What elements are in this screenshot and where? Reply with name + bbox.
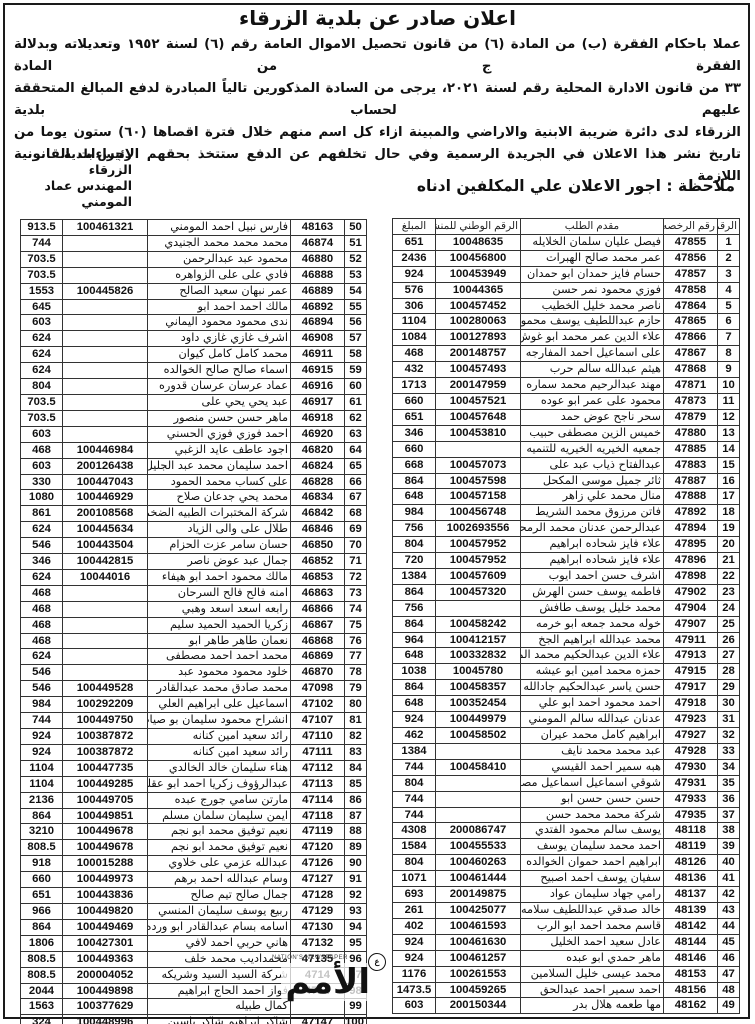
row-index: 91 [345,872,367,888]
row-index: 3 [718,266,740,282]
applicant-name: اسماء صالح صالح الخوالده [148,363,291,379]
national-id [63,331,148,347]
row-index: 66 [345,474,367,490]
amount: 924 [21,729,63,745]
row-index: 88 [345,824,367,840]
license-number: 46911 [291,347,345,363]
amount: 624 [21,569,63,585]
applicant-name: فوزي محمود نمر حسن [521,282,664,298]
applicant-name: عبدالفتاح ذياب عبد على [521,457,664,473]
license-number: 46868 [291,633,345,649]
table-row: 4648146ماهر حمدي ابو عبده100461257924 [393,950,740,966]
applicant-name: نعيم توفيق محمد ابو نجم [148,824,291,840]
national-id: 200126438 [63,458,148,474]
national-id: 100456748 [436,505,521,521]
table-row: 8247110رائد سعيد امين كنانه100387872924 [21,729,367,745]
amount: 864 [393,473,436,489]
national-id: 10044016 [63,569,148,585]
license-number: 47098 [291,681,345,697]
amount: 703.5 [21,267,63,283]
national-id: 100387872 [63,744,148,760]
row-index: 11 [718,393,740,409]
table-row: 9547132هاني حربي احمد لافي1004273011806 [21,935,367,951]
applicant-name: عبد محمد محمد نايف [521,743,664,759]
applicant-name: امنه فالح فالح السرحان [148,585,291,601]
amount: 624 [21,347,63,363]
table-row: 7746869محمد احمد احمد مصطفى624 [21,649,367,665]
row-index: 5 [718,298,740,314]
amount: 703.5 [21,251,63,267]
row-index: 67 [345,490,367,506]
amount: 964 [393,632,436,648]
signature-name: المهندس عماد المومني [20,178,132,210]
row-index: 43 [718,902,740,918]
amount: 984 [393,505,436,521]
row-index: 61 [345,394,367,410]
table-row: 6146917عبد يحي يحي على703.5 [21,394,367,410]
applicant-name: مالك محمود احمد ابو هيفاء [148,569,291,585]
amount: 660 [21,872,63,888]
table-row: 3647933حسن حسن حسن ابو744 [393,791,740,807]
license-number: 48146 [664,950,718,966]
table-row: 5546892مالك احمد احمد ابو645 [21,299,367,315]
amount: 1071 [393,871,436,887]
license-number: 48163 [291,220,345,236]
license-number: 46850 [291,538,345,554]
applicant-name: شوقي اسماعيل اسماعيل مصطفى [521,775,664,791]
national-id: 100127893 [436,330,521,346]
national-id: 100457493 [436,362,521,378]
national-id [63,410,148,426]
table-row: 8147107انشراح محمود سليمان بو صيام100449… [21,713,367,729]
amount: 645 [21,299,63,315]
national-id [436,743,521,759]
national-id: 100459265 [436,982,521,998]
table-row: 4748153محمد عيسى خليل السلامين1002615531… [393,966,740,982]
amount: 1473.5 [393,982,436,998]
table-row: 7146852جمال عبد عوض ناصر100442815346 [21,554,367,570]
license-number: 47892 [664,505,718,521]
amount: 744 [393,759,436,775]
table-row: 4548144عادل سعيد احمد الخليل100461630924 [393,934,740,950]
table-row: 6746834محمد يحي جدعان صلاح1004469291080 [21,490,367,506]
license-number: 46852 [291,554,345,570]
national-id: 10048635 [436,234,521,250]
table-row: 7546867زكريا الحميد الحميد سليم468 [21,617,367,633]
table-row: 5246880محمود عبد عبدالرحمن703.5 [21,251,367,267]
body-line: الزرقاء لدى دائرة ضريبة الابنية والاراضي… [14,122,741,144]
newspaper-logo: الأمم [281,963,374,1001]
newspaper-watermark: NATION'S NEWSPAPER الأمم ع [262,955,380,1003]
applicant-name: محمود عبد عبدالرحمن [148,251,291,267]
row-index: 74 [345,601,367,617]
national-id: 100460263 [436,855,521,871]
applicant-name: على اسماعيل احمد المفارجه [521,346,664,362]
applicant-name: شاكر ابراهيم شاكر ياسين [148,1015,291,1024]
applicant-name: عدنان عبدالله سالم المومني [521,712,664,728]
applicant-name: ابراهيم احمد حموان الخوالده [521,855,664,871]
amount: 306 [393,298,436,314]
row-index: 30 [718,696,740,712]
watermark-tagline: NATION'S NEWSPAPER [272,955,348,961]
applicant-name: اشرف حسن احمد ايوب [521,568,664,584]
license-number: 48118 [664,823,718,839]
national-id [63,235,148,251]
row-index: 70 [345,538,367,554]
applicant-name: عمر نبهان سعيد الصالح [148,283,291,299]
table-row: 847867على اسماعيل احمد المفارجه200148757… [393,346,740,362]
national-id: 100457521 [436,393,521,409]
row-index: 15 [718,457,740,473]
license-number: 47902 [664,584,718,600]
table-row: 5446889عمر نبهان سعيد الصالح100445826155… [21,283,367,299]
national-id: 100445826 [63,283,148,299]
row-index: 17 [718,489,740,505]
applicant-name: ندى محمود محمود اليماني [148,315,291,331]
table-row: 1547883عبدالفتاح ذياب عبد على10045707366… [393,457,740,473]
amount: 1713 [393,378,436,394]
amount: 1584 [393,839,436,855]
row-index: 82 [345,729,367,745]
row-index: 92 [345,888,367,904]
applicant-name: رائد سعيد امين كنانه [148,744,291,760]
applicant-name: على كساب محمد الحمود [148,474,291,490]
table-row: 7046850حسان سامر عزت الحزام100443504546 [21,538,367,554]
row-index: 4 [718,282,740,298]
table-row: 9247128جمال صالح تيم صالح100443836651 [21,888,367,904]
table-row: 1447885جمعيه الخيريه الخيريه للتنميه660 [393,441,740,457]
license-number: 46920 [291,426,345,442]
table-row: 4948162مها طعمه هلال بدر200150344603 [393,998,740,1014]
amount: 808.5 [21,951,63,967]
amount: 1084 [393,330,436,346]
national-id: 200148757 [436,346,521,362]
license-number: 47868 [664,362,718,378]
body-line: ٣٣ من قانون الادارة المحلية رقم لسنة ٢٠٢… [14,78,741,122]
row-index: 58 [345,347,367,363]
row-index: 20 [718,537,740,553]
row-index: 77 [345,649,367,665]
table-row: 2047895علاء فايز شحاده ابراهيم1004579528… [393,537,740,553]
applicant-name: ربيع يوسف سليمان المنسي [148,903,291,919]
applicant-name: منال محمد علي زاهر [521,489,664,505]
applicant-name: مها طعمه هلال بدر [521,998,664,1014]
table-body-right: 147855فيصل عليان سلمان الخلايله100486356… [393,234,740,1013]
amount: 864 [393,616,436,632]
license-number: 47928 [664,743,718,759]
national-id: 100443836 [63,888,148,904]
applicant-name: رامي جهاد سليمان عواد [521,887,664,903]
row-index: 41 [718,871,740,887]
national-id: 100280063 [436,314,521,330]
amount: 1176 [393,966,436,982]
national-id [436,791,521,807]
row-index: 94 [345,919,367,935]
amount: 1104 [21,776,63,792]
table-row: 3848118يوسف سالم محمود الفتدي20008674743… [393,823,740,839]
license-number: 46917 [291,394,345,410]
national-id: 100457452 [436,298,521,314]
applicant-name: جمعيه الخيريه الخيريه للتنميه [521,441,664,457]
national-id: 100458357 [436,680,521,696]
table-row: 2447904محمد خليل يوسف طافش756 [393,600,740,616]
license-number: 47871 [664,378,718,394]
amount: 546 [21,538,63,554]
row-index: 36 [718,791,740,807]
table-row: 5048163فارس نبيل احمد المومني10046132191… [21,220,367,236]
row-index: 14 [718,441,740,457]
applicant-name: حسن حسن حسن ابو [521,791,664,807]
national-id [63,363,148,379]
table-row: 1147873محمود على عمر ابو عوده10045752166… [393,393,740,409]
license-number: 48142 [664,918,718,934]
table-row: 7446866رابعه اسعد اسعد وهبي468 [21,601,367,617]
applicant-name: خلود محمود محمود عبد [148,665,291,681]
amount: 651 [393,234,436,250]
amount: 2436 [393,250,436,266]
applicant-name: سفيان يوسف احمد اصبيح [521,871,664,887]
license-number: 47866 [664,330,718,346]
license-number: 46820 [291,442,345,458]
applicant-name: فاتن مرزوق محمد الشريط [521,505,664,521]
license-number: 47120 [291,840,345,856]
applicant-name: حازم عبداللطيف يوسف محمود [521,314,664,330]
amount: 546 [21,665,63,681]
applicant-name: ماهر حمدي ابو عبده [521,950,664,966]
amount: 603 [21,315,63,331]
national-id [436,775,521,791]
table-row: 1047871مهند عبدالرحيم محمد سماره20014795… [393,378,740,394]
announcement-header: اعلان صادر عن بلدية الزرقاء [8,6,747,30]
amount: 468 [393,346,436,362]
amount: 861 [21,506,63,522]
national-id [63,251,148,267]
row-index: 63 [345,426,367,442]
table-row: 5146874محمد محمد محمد الجنيدي744 [21,235,367,251]
table-row: 1947894عبدالرحمن عدنان محمد الرمحي100269… [393,521,740,537]
license-number: 46869 [291,649,345,665]
license-number: 46824 [291,458,345,474]
amount: 924 [393,266,436,282]
national-id: 100425077 [436,902,521,918]
row-index: 32 [718,728,740,744]
national-id: 100461257 [436,950,521,966]
license-number: 47887 [664,473,718,489]
applicant-name: حمزه محمد امين ابو عيشه [521,664,664,680]
table-row: 3347928عبد محمد محمد نايف1384 [393,743,740,759]
amount: 1080 [21,490,63,506]
amount: 804 [21,379,63,395]
license-number: 47865 [664,314,718,330]
applicant-name: احمد سمير احمد عبدالحق [521,982,664,998]
amount: 660 [393,441,436,457]
applicant-name: محمد احمد احمد مصطفى [148,649,291,665]
announcement-title: اعلان صادر عن بلدية الزرقاء [8,6,747,30]
amount: 624 [21,522,63,538]
national-id [63,394,148,410]
row-index: 27 [718,648,740,664]
mayor-signature: رئيس بلدية الزرقاء المهندس عماد المومني [20,146,132,210]
license-number: 47883 [664,457,718,473]
table-row: 5346888فادي على على الزواهره703.5 [21,267,367,283]
national-id: 100449973 [63,872,148,888]
amount: 648 [393,696,436,712]
table-row: 3747935شركة محمد محمد حسن744 [393,807,740,823]
table-row: 7846870خلود محمود محمود عبد546 [21,665,367,681]
national-id [63,347,148,363]
license-number: 47885 [664,441,718,457]
license-number: 47911 [664,632,718,648]
row-index: 48 [718,982,740,998]
amount: 468 [21,442,63,458]
applicant-name: علاء الدين عمر محمد ابو غوش [521,330,664,346]
column-header-license: رقم الرخصه [664,219,718,235]
applicant-name: مالك احمد احمد ابو [148,299,291,315]
national-id [63,426,148,442]
table-row: 947868هيثم عبدالله سالم حرب100457493432 [393,362,740,378]
license-number: 48136 [664,871,718,887]
amount: 1384 [393,743,436,759]
national-id [436,600,521,616]
table-row: 1847892فاتن مرزوق محمد الشريط10045674898… [393,505,740,521]
table-row: 6346920احمد فوزي فوزي الحسني603 [21,426,367,442]
amount: 924 [393,950,436,966]
applicant-name: حسن ياسر عبدالحكيم جادالله [521,680,664,696]
table-row: 6546824احمد سليمان محمد عبد الجليل200126… [21,458,367,474]
amount: 918 [21,856,63,872]
row-index: 29 [718,680,740,696]
amount: 1038 [393,664,436,680]
amount: 603 [21,426,63,442]
applicant-name: ناصر محمد خليل الخطيب [521,298,664,314]
column-header-amount: المبلغ [393,219,436,235]
amount: 468 [21,585,63,601]
national-id: 100453810 [436,425,521,441]
table-row: 5846911محمد كامل كامل كيوان624 [21,347,367,363]
applicant-name: جمال عبد عوض ناصر [148,554,291,570]
national-id: 100455533 [436,839,521,855]
national-id: 100015288 [63,856,148,872]
license-number: 46828 [291,474,345,490]
license-number: 48126 [664,855,718,871]
row-index: 54 [345,283,367,299]
row-index: 37 [718,807,740,823]
row-index: 71 [345,554,367,570]
national-id: 100449979 [436,712,521,728]
national-id: 100449678 [63,824,148,840]
row-index: 44 [718,918,740,934]
row-index: 47 [718,966,740,982]
national-id: 100461321 [63,220,148,236]
applicant-name: محمد صادق محمد عبدالقادر [148,681,291,697]
applicant-name: محمد كامل كامل كيوان [148,347,291,363]
amount: 1384 [393,568,436,584]
national-id: 100377629 [63,999,148,1015]
table-row: 7646868نعمان طاهر طاهر ابو468 [21,633,367,649]
national-id: 100332832 [436,648,521,664]
row-index: 73 [345,585,367,601]
row-index: 50 [345,220,367,236]
row-index: 2 [718,250,740,266]
amount: 864 [21,919,63,935]
amount: 261 [393,902,436,918]
license-number: 47110 [291,729,345,745]
row-index: 8 [718,346,740,362]
applicant-name: محمد خليل يوسف طافش [521,600,664,616]
applicant-name: اسامه بسام عبدالقادر ابو ورده [148,919,291,935]
national-id: 100461630 [436,934,521,950]
national-id: 100449820 [63,903,148,919]
applicant-name: محمد يحي جدعان صلاح [148,490,291,506]
license-number: 47113 [291,776,345,792]
row-index: 34 [718,759,740,775]
national-id: 100457073 [436,457,521,473]
license-number: 48156 [664,982,718,998]
national-id [63,585,148,601]
license-number: 46866 [291,601,345,617]
license-number: 46888 [291,267,345,283]
table-row: 8447112هناء سليمان خالد الخالدي100447735… [21,760,367,776]
national-id: 100449285 [63,776,148,792]
applicant-name: فاطمه يوسف حسن الهرش [521,584,664,600]
row-index: 38 [718,823,740,839]
license-number: 47127 [291,872,345,888]
table-row: 2147896علاء فايز شحاده ابراهيم1004579527… [393,553,740,569]
license-number: 47130 [291,919,345,935]
amount: 346 [393,425,436,441]
license-number: 47858 [664,282,718,298]
table-row: 1647887ثائر جميل موسى المكحل100457598864 [393,473,740,489]
table-row: 7346863امنه فالح فالح السرحان468 [21,585,367,601]
row-index: 81 [345,713,367,729]
applicant-name: ابراهيم كامل محمد عيران [521,728,664,744]
amount: 756 [393,600,436,616]
amount: 864 [393,584,436,600]
signature-title: رئيس بلدية الزرقاء [20,146,132,178]
applicant-name: احمد محمد سليمان يوسف [521,839,664,855]
national-id: 100457598 [436,473,521,489]
license-number: 46867 [291,617,345,633]
license-number: 46892 [291,299,345,315]
column-header-national-id: الرقم الوطني للمنشاه [436,219,521,235]
row-index: 22 [718,568,740,584]
license-number: 47935 [664,807,718,823]
applicant-name: احمد سليمان محمد عبد الجليل [148,458,291,474]
national-id: 100446984 [63,442,148,458]
body-line: عملا باحكام الفقرة (ب) من المادة (٦) من … [14,34,741,78]
amount: 720 [393,553,436,569]
amount: 756 [393,521,436,537]
table-row: 4348139خالد صدقي عبداللطيف سلامه10042507… [393,902,740,918]
amount: 624 [21,649,63,665]
license-number: 48139 [664,902,718,918]
row-index: 68 [345,506,367,522]
national-id: 100443504 [63,538,148,554]
amount: 462 [393,728,436,744]
row-index: 95 [345,935,367,951]
applicant-name: عبدالله عزمي على خلاوي [148,856,291,872]
national-id: 100261553 [436,966,521,982]
license-number: 47873 [664,393,718,409]
table-row: 747866علاء الدين عمر محمد ابو غوش1001278… [393,330,740,346]
applicant-name: رابعه اسعد اسعد وهبي [148,601,291,617]
applicant-name: عبدالرؤوف زكريا احمد ابو عقلين [148,776,291,792]
license-number: 47904 [664,600,718,616]
table-row: 547864ناصر محمد خليل الخطيب100457452306 [393,298,740,314]
license-number: 46908 [291,331,345,347]
amount: 924 [21,744,63,760]
row-index: 89 [345,840,367,856]
